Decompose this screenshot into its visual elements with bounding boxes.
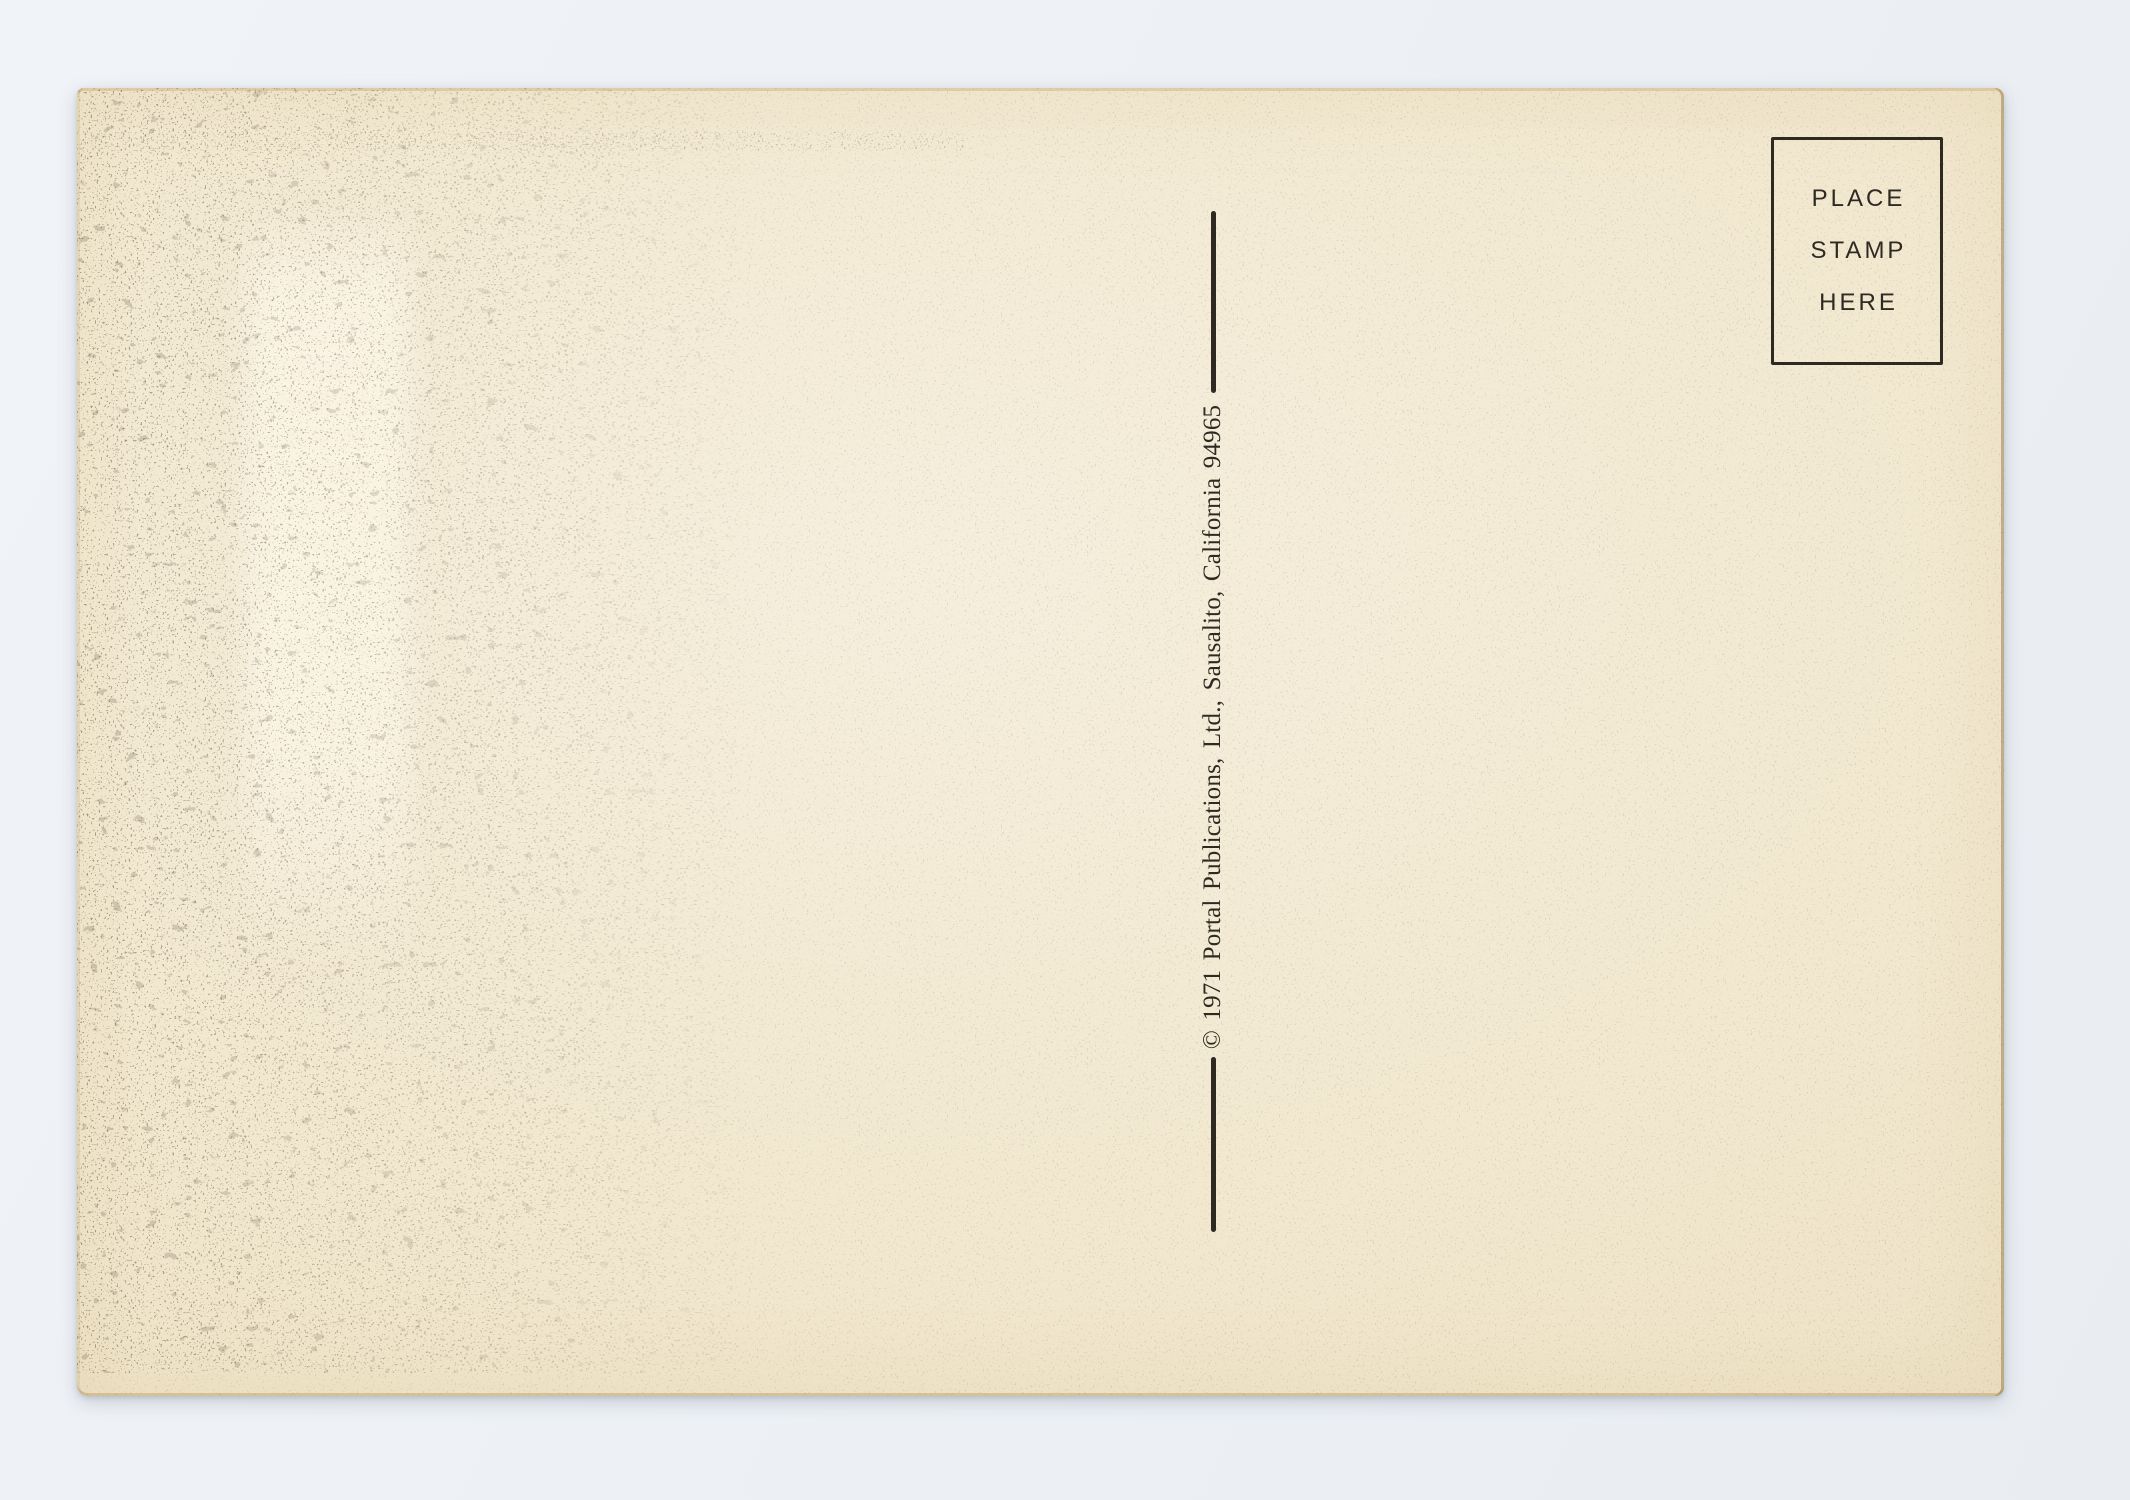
stamp-box-line-3: HERE bbox=[1816, 291, 1898, 315]
showthrough-ghost bbox=[247, 203, 407, 973]
stamp-box: PLACE STAMP HERE bbox=[1771, 137, 1943, 365]
stamp-box-line-1: PLACE bbox=[1809, 187, 1906, 211]
postcard-back: PLACE STAMP HERE © 1971 Portal Publicati… bbox=[77, 88, 2004, 1396]
address-divider-top-line bbox=[1211, 211, 1216, 393]
publisher-imprint: © 1971 Portal Publications, Ltd., Sausal… bbox=[1196, 377, 1230, 1077]
scanner-bed-background: PLACE STAMP HERE © 1971 Portal Publicati… bbox=[0, 0, 2130, 1500]
stamp-box-line-2: STAMP bbox=[1808, 239, 1907, 263]
address-divider-bottom-line bbox=[1211, 1057, 1216, 1232]
